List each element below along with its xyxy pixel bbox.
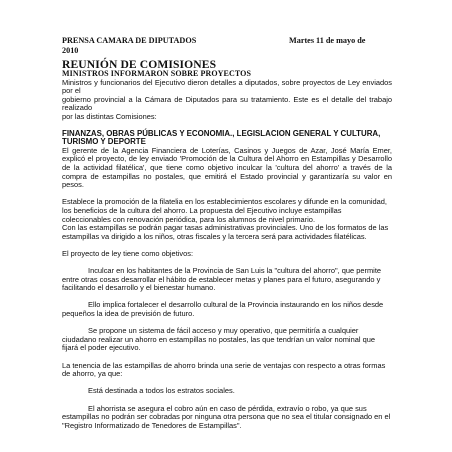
press-date: Martes 11 de mayo de	[289, 36, 365, 46]
intro: Ministros y funcionarios del Ejecutivo d…	[62, 79, 392, 122]
section-body: El gerente de la Agencia Financiera de L…	[62, 147, 392, 431]
paragraph-agency: El gerente de la Agencia Financiera de L…	[62, 147, 392, 190]
intro-line-2: gobierno provincial a la Cámara de Diput…	[62, 96, 392, 113]
document-page: PRENSA CAMARA DE DIPUTADOS 2010 Martes 1…	[62, 36, 392, 430]
section-heading: FINANZAS, OBRAS PÚBLICAS Y ECONOMIA., LE…	[62, 130, 392, 147]
paragraph-objective-culture: Inculcar en los habitantes de la Provinc…	[62, 267, 392, 293]
intro-line-3: por las distintas Comisiones:	[62, 113, 392, 122]
paragraph-objectives-intro: El proyecto de ley tiene como objetivos:	[62, 250, 392, 259]
intro-line-1: Ministros y funcionarios del Ejecutivo d…	[62, 79, 392, 96]
paragraph-advantages: La tenencia de las estampillas de ahorro…	[62, 362, 392, 379]
paragraph-advantage-security: El ahorrista se asegura el cobro aún en …	[62, 405, 392, 431]
paragraph-objective-system: Se propone un sistema de fácil acceso y …	[62, 327, 392, 353]
press-year: 2010	[62, 46, 392, 56]
paragraph-objective-children: Ello implica fortalecer el desarrollo cu…	[62, 301, 392, 318]
press-header: PRENSA CAMARA DE DIPUTADOS 2010 Martes 1…	[62, 36, 392, 55]
paragraph-fees: Con las estampillas se podrán pagar tasa…	[62, 224, 392, 241]
paragraph-promotion: Establece la promoción de la filatelia e…	[62, 198, 392, 224]
paragraph-advantage-social: Está destinada a todos los estratos soci…	[62, 387, 392, 396]
